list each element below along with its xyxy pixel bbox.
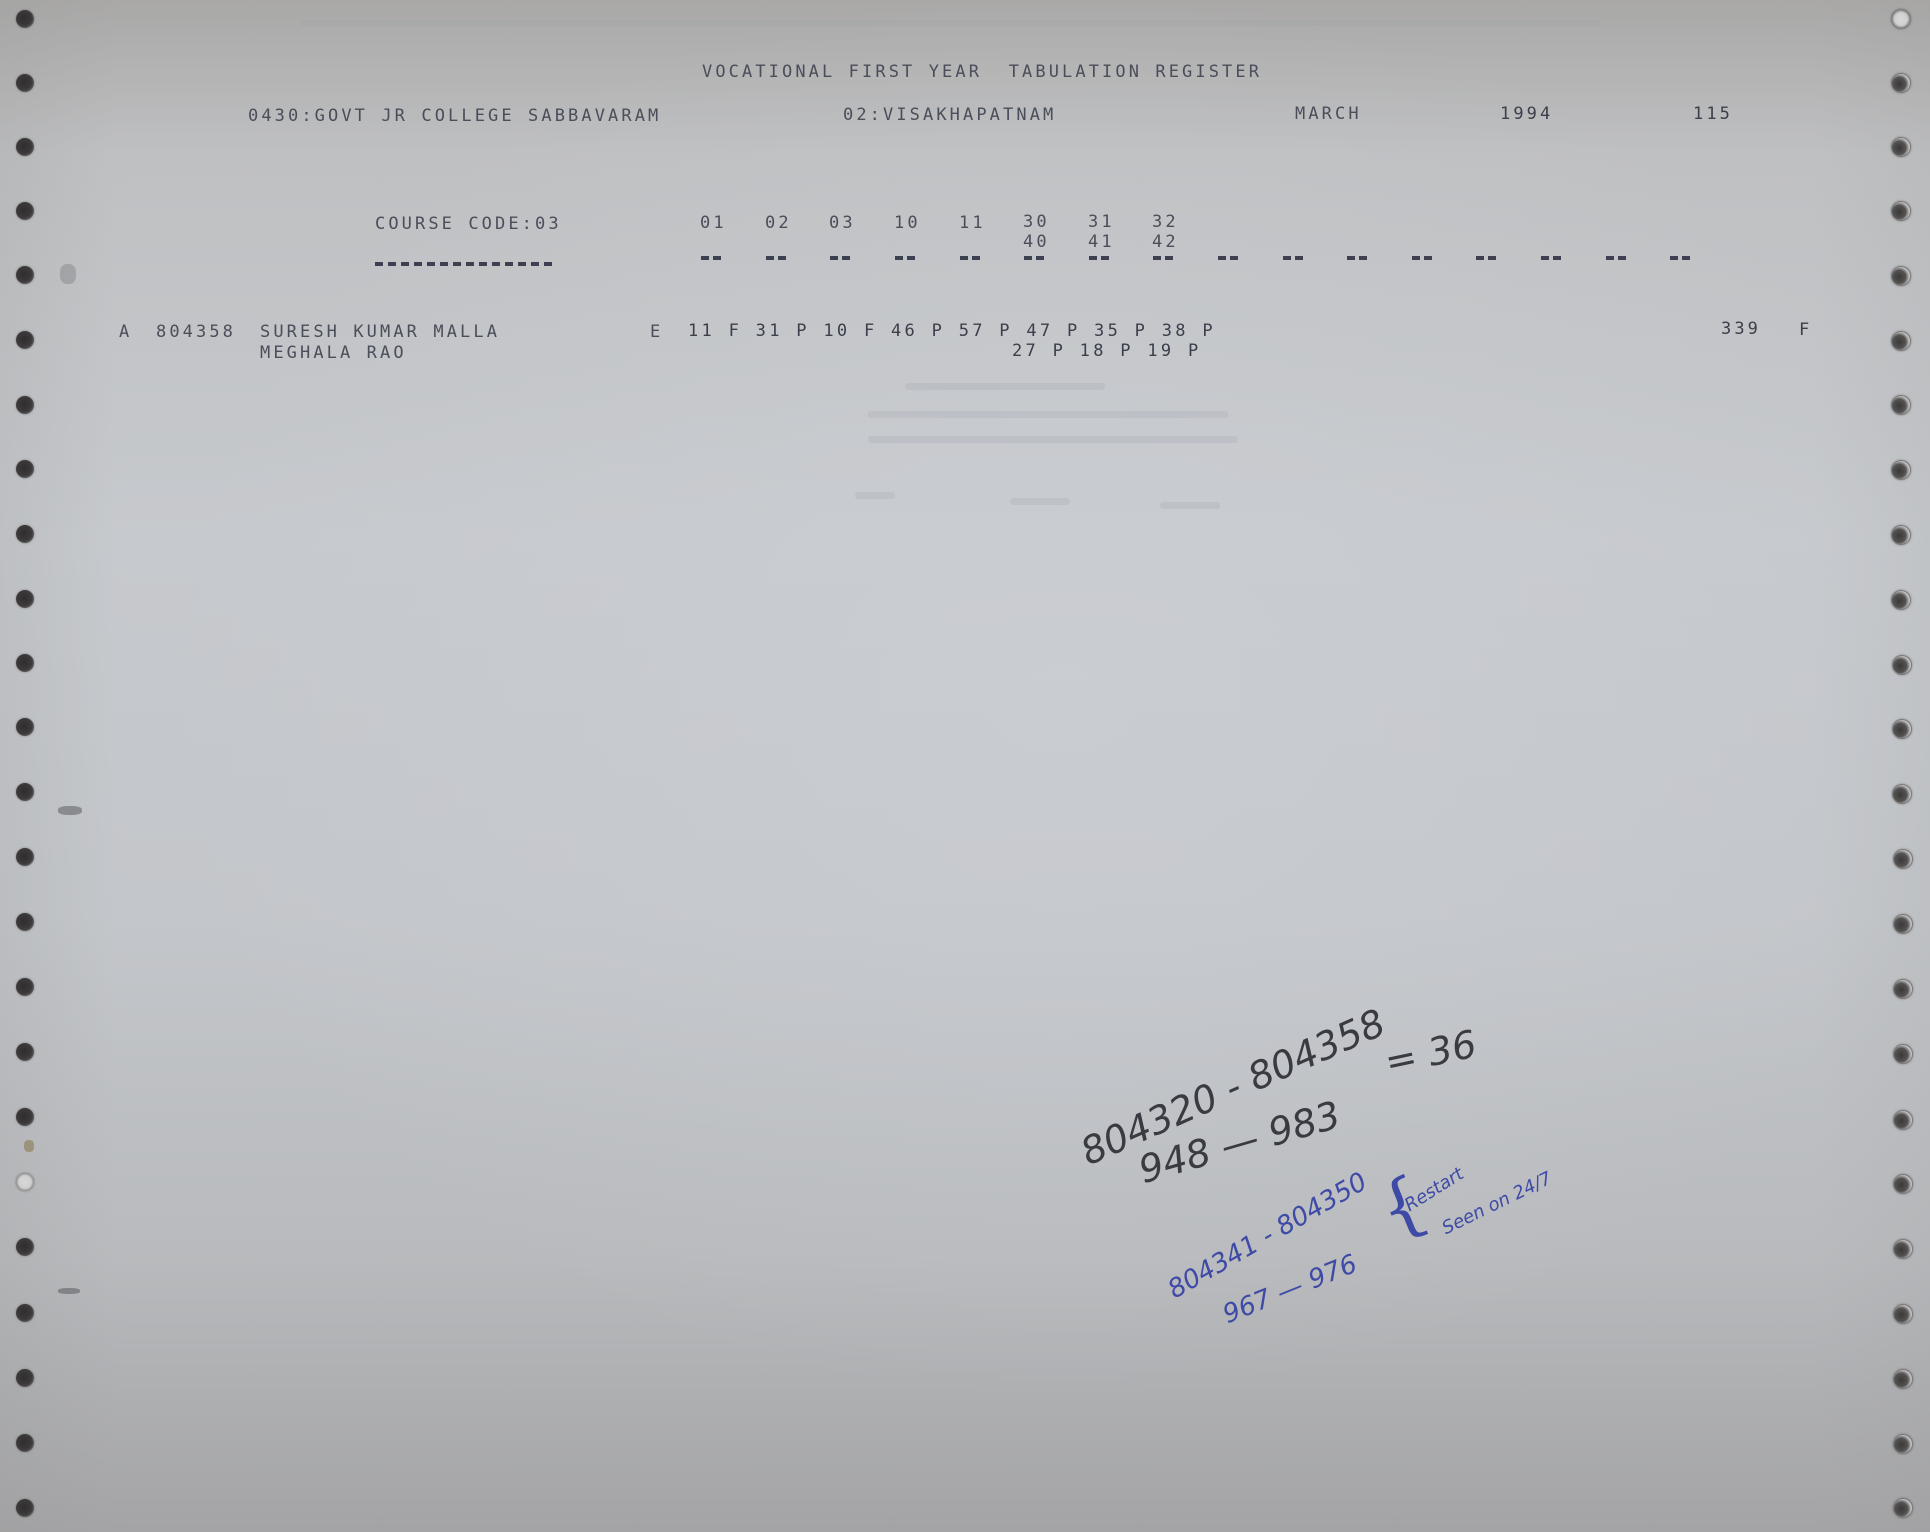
subject-code: 42 (1152, 232, 1179, 252)
district-name: 02:VISAKHAPATNAM (843, 105, 1056, 125)
pencil-total: = 36 (1381, 1022, 1480, 1084)
college-name: 0430:GOVT JR COLLEGE SABBAVARAM (248, 106, 661, 126)
subject-code: 11 (959, 213, 986, 233)
column-separator-dashes (0, 256, 1930, 266)
subject-code: 31 (1088, 212, 1115, 232)
page-number: 115 (1693, 104, 1733, 124)
course-code-label: COURSE CODE:03 (375, 214, 562, 234)
marks-row-2: 27 P 18 P 19 P (1012, 341, 1202, 361)
hall-ticket-number: 804358 (156, 322, 236, 342)
total-marks: 339 (1721, 319, 1761, 339)
paper-speck (58, 806, 82, 815)
subject-code: 41 (1088, 232, 1115, 252)
subject-code: 02 (765, 213, 792, 233)
subject-code: 30 (1023, 212, 1050, 232)
paper-speck (24, 1140, 34, 1152)
marks-row: 11 F 31 P 10 F 46 P 57 P 47 P 35 P 38 P (688, 321, 1216, 341)
student-category: A (119, 322, 132, 342)
subject-code: 01 (700, 213, 727, 233)
student-name: SURESH KUMAR MALLA (260, 322, 500, 342)
student-name-line2: MEGHALA RAO (260, 343, 407, 363)
subject-code: 40 (1023, 232, 1050, 252)
final-result: F (1799, 320, 1812, 340)
subject-code: 03 (829, 213, 856, 233)
subject-code: 10 (894, 213, 921, 233)
subject-code: 32 (1152, 212, 1179, 232)
paper-speck (60, 264, 76, 284)
medium-code: E (650, 322, 663, 342)
exam-month: MARCH (1295, 104, 1362, 124)
register-title: VOCATIONAL FIRST YEAR TABULATION REGISTE… (702, 62, 1262, 82)
paper-speck (58, 1288, 80, 1294)
exam-year: 1994 (1500, 104, 1553, 124)
